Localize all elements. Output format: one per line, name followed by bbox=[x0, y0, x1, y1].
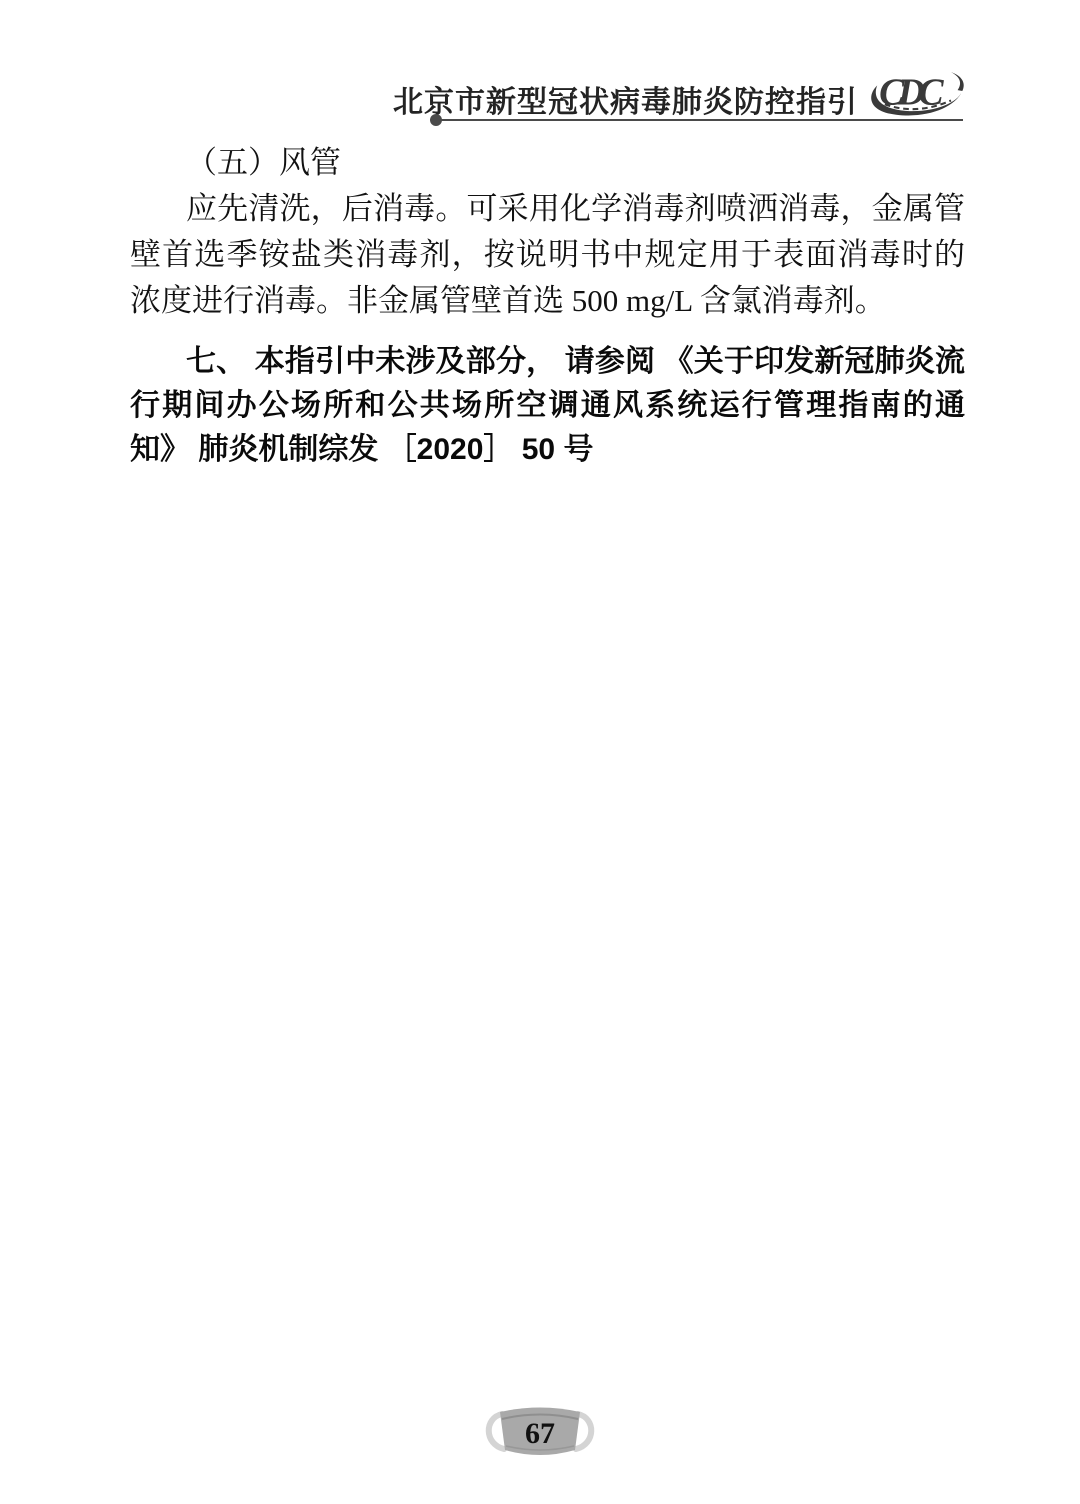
section-heading: （五）风管 bbox=[130, 140, 965, 186]
paragraph-disinfection: 应先清洗，后消毒。可采用化学消毒剂喷洒消毒，金属管壁首选季铵盐类消毒剂，按说明书… bbox=[130, 186, 965, 324]
header-title: 北京市新型冠状病毒肺炎防控指引 bbox=[393, 63, 858, 121]
face-mask-icon: 67 bbox=[484, 1398, 596, 1468]
header-rule bbox=[433, 119, 963, 121]
page-header: 北京市新型冠状病毒肺炎防控指引 CDC bbox=[393, 58, 968, 126]
page-number: 67 bbox=[525, 1417, 555, 1450]
cdc-logo-icon: CDC bbox=[864, 58, 968, 126]
page-content: （五）风管 应先清洗，后消毒。可采用化学消毒剂喷洒消毒，金属管壁首选季铵盐类消毒… bbox=[130, 140, 965, 472]
paragraph-reference-notice: 七、 本指引中未涉及部分， 请参阅 《关于印发新冠肺炎流行期间办公场所和公共场所… bbox=[130, 340, 965, 472]
cdc-logo-letters: CDC bbox=[879, 71, 944, 113]
page-footer: 67 bbox=[0, 1398, 1080, 1468]
header-rule-dot bbox=[430, 114, 442, 126]
document-page: 北京市新型冠状病毒肺炎防控指引 CDC （五）风管 应先清洗，后消毒。可采用化学… bbox=[0, 0, 1080, 1504]
